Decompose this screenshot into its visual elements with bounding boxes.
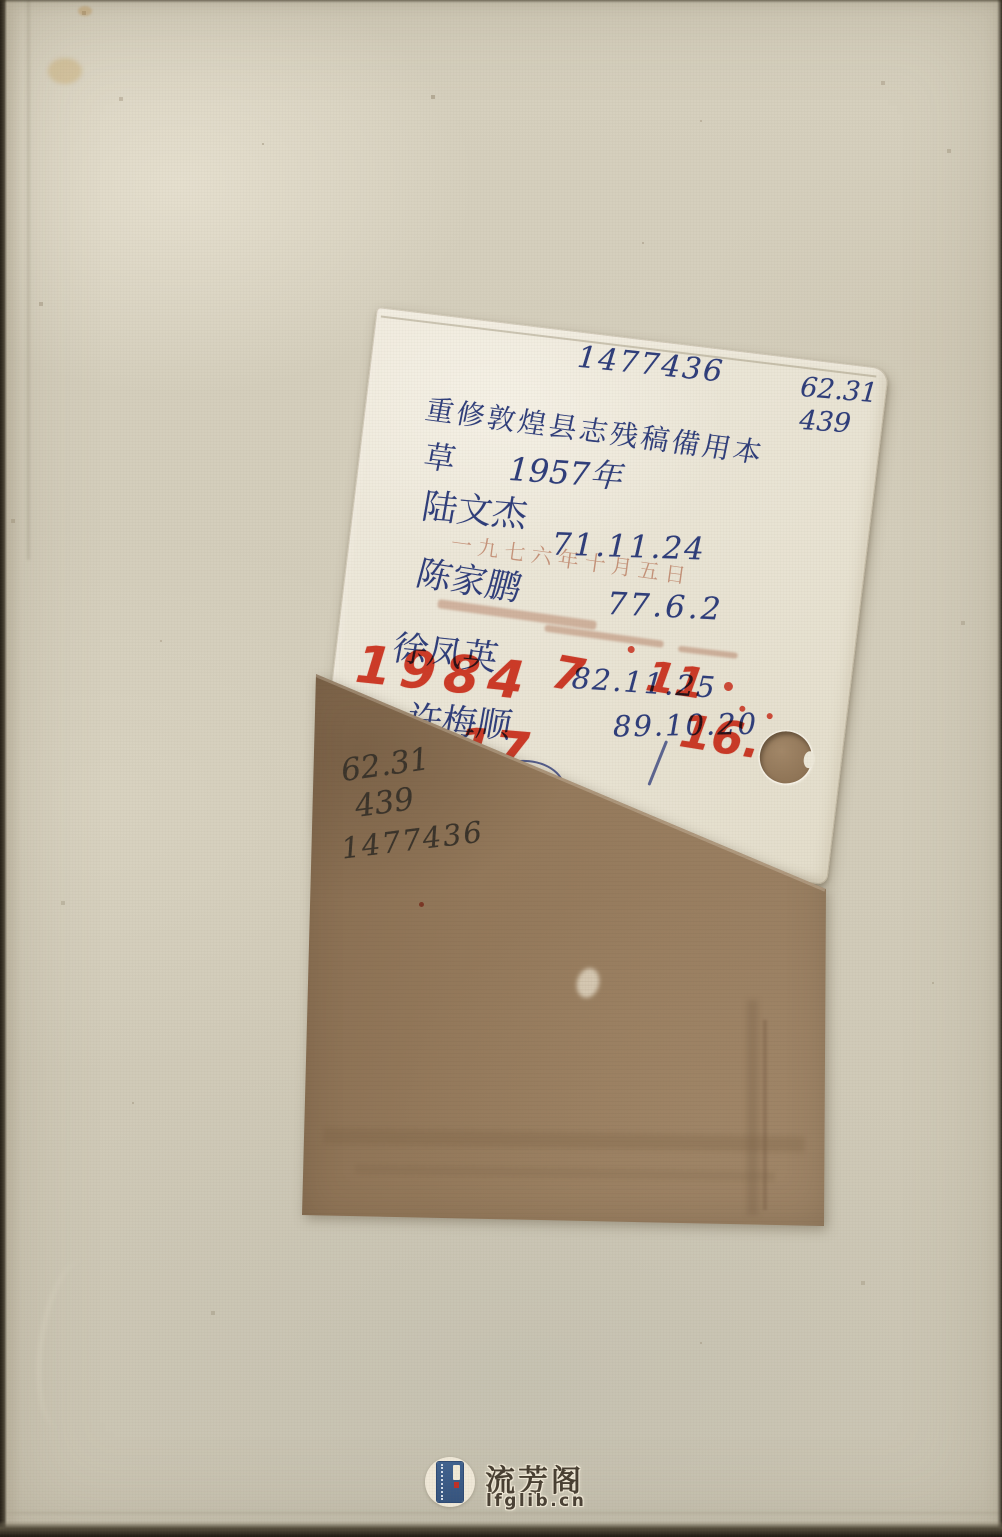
stain-yellow [48,58,82,84]
borrower-name: 陈家鹏 [412,557,525,607]
borrow-date: 77.6.2 [606,589,724,626]
card-pocket-wrap: 62.31 439 1477436 [295,670,835,1230]
card-title-subtitle: 草 [421,442,458,476]
crease-vertical-left [27,0,30,560]
scanned-book-back-cover: 1477436 62.31 439 重修敦煌县志残稿備用本 草 1957年 陆文… [0,0,1002,1537]
card-pocket: 62.31 439 1477436 [295,670,835,1230]
book-title-label [453,1465,460,1480]
pocket-white-scuff [573,966,602,1001]
faded-stamp-smear [437,599,597,630]
stitched-book-icon [437,1462,463,1502]
crease-arc-bottom-left [28,1257,113,1434]
pocket-red-speck [419,902,424,907]
pocket-stain-band-light [355,1164,775,1181]
book-stitch-line [441,1464,443,1500]
card-call-number-line2: 439 [799,407,852,437]
borrow-date: 71.11.24 [551,529,706,565]
red-ink-dot [627,646,635,654]
card-call-number-line1: 62.31 [799,374,878,408]
watermark: 流芳阁 lfglib.cn [425,1452,655,1522]
stain-yellow-small [78,6,92,16]
pocket-stain-band [323,1128,805,1152]
paper-edge-highlight [6,0,22,1537]
watermark-badge-circle [425,1457,475,1507]
card-accession-number: 1477436 [576,343,726,388]
page-edge-right [997,0,1002,1537]
borrower-name: 陆文杰 [419,490,530,534]
watermark-site-url: lfglib.cn [486,1491,586,1511]
card-year: 1957年 [507,453,622,493]
page-edge-bottom [0,1521,1002,1537]
pocket-call-number-line1: 62.31 [339,744,431,787]
book-red-seal [454,1482,459,1488]
pocket-drip-streak [747,1000,758,1215]
page-edge-left [0,0,7,1537]
pocket-call-number-line2: 439 [353,784,416,823]
page-edge-top [0,0,1002,3]
